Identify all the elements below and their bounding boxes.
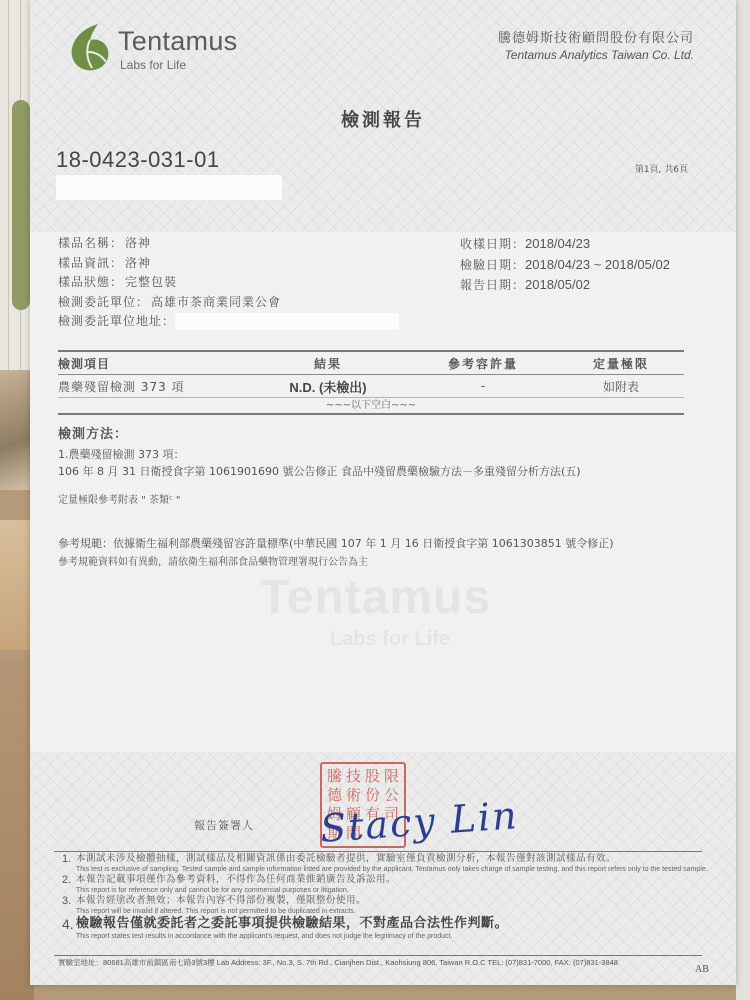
note-item: 3. 本報告經塗改者無效；本報告內容不得部份複製，僅限整份使用。 This re… [58, 895, 708, 916]
test-date-row: 檢驗日期：2018/04/23 ~ 2018/05/02 [460, 255, 670, 276]
note-chinese: 本報告經塗改者無效；本報告內容不得部份複製，僅限整份使用。 [76, 895, 708, 907]
disclaimer-notes: 1. 本測試未涉及檢體抽樣，測試樣品及相關資訊係由委託檢驗者提供，實驗室僅負責檢… [58, 853, 708, 941]
seal-char: 騰 [325, 767, 344, 786]
seal-char: 德 [325, 786, 344, 805]
field-value: 2018/04/23 ~ 2018/05/02 [525, 257, 670, 272]
sample-status-row: 樣品狀態：完整包裝 [58, 273, 399, 293]
note-english: This report states test results in accor… [76, 932, 708, 941]
cell-reference: - [408, 379, 558, 393]
note-chinese: 檢驗報告僅就委託者之委託事項提供檢驗結果，不對產品合法性作判斷。 [76, 916, 708, 932]
seal-char: 限 [382, 767, 401, 786]
blank-below-note: ~~~以下空白~~~ [58, 398, 684, 413]
redacted-address [175, 313, 399, 330]
field-label: 檢測委託單位： [58, 295, 149, 309]
report-date-row: 報告日期：2018/05/02 [460, 275, 670, 296]
seal-char: 術 [344, 786, 363, 805]
background-right [736, 0, 750, 1000]
newspaper-photo [0, 370, 34, 490]
field-value: 2018/05/02 [525, 277, 590, 292]
field-value: 洛神 [125, 256, 151, 270]
reference-note: 參考規範資料如有異動，請依衛生福利部食品藥物管理署現行公告為主 [58, 553, 368, 568]
note-chinese: 本報告記載事項僅作為參考資料，不得作為任何商業推銷廣告及訴訟用。 [76, 874, 708, 886]
note-number: 3. [62, 895, 71, 907]
table-row: 農藥殘留檢測 373 項 N.D. (未檢出) - 如附表 [58, 375, 684, 397]
note-chinese: 本測試未涉及檢體抽樣，測試樣品及相關資訊係由委託檢驗者提供，實驗室僅負責檢測分析… [76, 853, 708, 865]
watermark-tagline: Labs for Life [330, 628, 450, 651]
signer-label: 報告簽署人 [194, 817, 254, 833]
note-number: 4. [62, 916, 74, 932]
note-english: This test is exclusive of sampling. Test… [76, 865, 708, 874]
method-line-1: 1.農藥殘留檢測 373 項： [58, 446, 581, 463]
client-address-row: 檢測委託單位地址： [58, 312, 399, 332]
document-title: 檢測報告 [30, 106, 736, 132]
corner-code: AB [695, 964, 709, 975]
sample-info-row: 樣品資訊：洛神 [58, 254, 399, 274]
sample-info-right: 收樣日期：2018/04/23 檢驗日期：2018/04/23 ~ 2018/0… [460, 234, 670, 296]
sample-name-row: 樣品名稱：洛神 [58, 234, 399, 254]
field-label: 樣品名稱： [58, 236, 123, 250]
cell-item: 農藥殘留檢測 373 項 [58, 378, 248, 395]
note-item: 1. 本測試未涉及檢體抽樣，測試樣品及相關資訊係由委託檢驗者提供，實驗室僅負責檢… [58, 853, 708, 874]
divider [54, 851, 702, 852]
method-line-2: 106 年 8 月 31 日衛授食字第 1061901690 號公告修正 食品中… [58, 463, 581, 480]
note-english: This report will be invalid if altered. … [76, 907, 708, 916]
field-value: 高雄市茶商業同業公會 [151, 295, 281, 309]
sample-info-left: 樣品名稱：洛神 樣品資訊：洛神 樣品狀態：完整包裝 檢測委託單位：高雄市茶商業同… [58, 234, 399, 332]
field-label: 樣品資訊： [58, 256, 123, 270]
redacted-area [56, 175, 282, 200]
results-table: 檢測項目 結果 參考容許量 定量極限 農藥殘留檢測 373 項 N.D. (未檢… [58, 350, 684, 415]
field-value: 完整包裝 [125, 275, 177, 289]
lab-address: 實驗室地址：80681高雄市前鎮區南七路3號3樓 Lab Address: 3F… [58, 957, 618, 968]
note-number: 2. [62, 874, 71, 886]
seal-char: 技 [344, 767, 363, 786]
logo-tagline: Labs for Life [120, 58, 186, 72]
header-loq: 定量極限 [558, 355, 684, 372]
field-label: 檢測委託單位地址： [58, 314, 175, 328]
field-label: 樣品狀態： [58, 275, 123, 289]
newspaper-photo [0, 520, 34, 650]
method-title: 檢測方法： [58, 423, 128, 442]
company-logo: Tentamus Labs for Life [68, 22, 268, 82]
header-item: 檢測項目 [58, 355, 248, 372]
received-date-row: 收樣日期：2018/04/23 [460, 234, 670, 255]
field-label: 檢驗日期： [460, 258, 525, 272]
note-item: 4. 檢驗報告僅就委託者之委託事項提供檢驗結果，不對產品合法性作判斷。 This… [58, 916, 708, 941]
table-surface [0, 660, 34, 1000]
note-number: 1. [62, 853, 71, 865]
seal-char: 股 [363, 767, 382, 786]
company-name-block: 騰德姆斯技術顧問股份有限公司 Tentamus Analytics Taiwan… [498, 27, 694, 62]
header-reference: 參考容許量 [408, 355, 558, 372]
watermark-name: Tentamus [260, 570, 491, 625]
cell-result: N.D. (未檢出) [248, 377, 408, 396]
cell-loq: 如附表 [558, 378, 684, 395]
company-name-chinese: 騰德姆斯技術顧問股份有限公司 [498, 27, 694, 46]
page-info: 第1頁, 共6頁 [635, 162, 688, 175]
method-text: 1.農藥殘留檢測 373 項： 106 年 8 月 31 日衛授食字第 1061… [58, 446, 581, 480]
header-result: 結果 [248, 355, 408, 372]
field-value: 2018/04/23 [525, 236, 590, 251]
note-item: 2. 本報告記載事項僅作為參考資料，不得作為任何商業推銷廣告及訴訟用。 This… [58, 874, 708, 895]
client-row: 檢測委託單位：高雄市茶商業同業公會 [58, 293, 399, 313]
leaf-logo-icon [68, 22, 112, 72]
reference-standard: 參考規範：依據衛生福利部農藥殘留容許量標準(中華民國 107 年 1 月 16 … [58, 535, 614, 551]
divider [54, 955, 702, 956]
field-value: 洛神 [125, 236, 151, 250]
table-header: 檢測項目 結果 參考容許量 定量極限 [58, 352, 684, 374]
company-name-english: Tentamus Analytics Taiwan Co. Ltd. [498, 48, 694, 62]
test-report-paper: Tentamus Labs for Life 騰德姆斯技術顧問股份有限公司 Te… [30, 0, 736, 985]
quantitation-limit-note: 定量極限參考附表 " 茶類ᶜ " [58, 491, 180, 506]
table-rule [58, 413, 684, 415]
report-number: 18-0423-031-01 [56, 147, 220, 173]
field-label: 報告日期： [460, 278, 525, 292]
field-label: 收樣日期： [460, 237, 525, 251]
logo-name: Tentamus [118, 26, 237, 57]
note-english: This report is for reference only and ca… [76, 886, 708, 895]
newspaper-green-banner [12, 100, 30, 310]
